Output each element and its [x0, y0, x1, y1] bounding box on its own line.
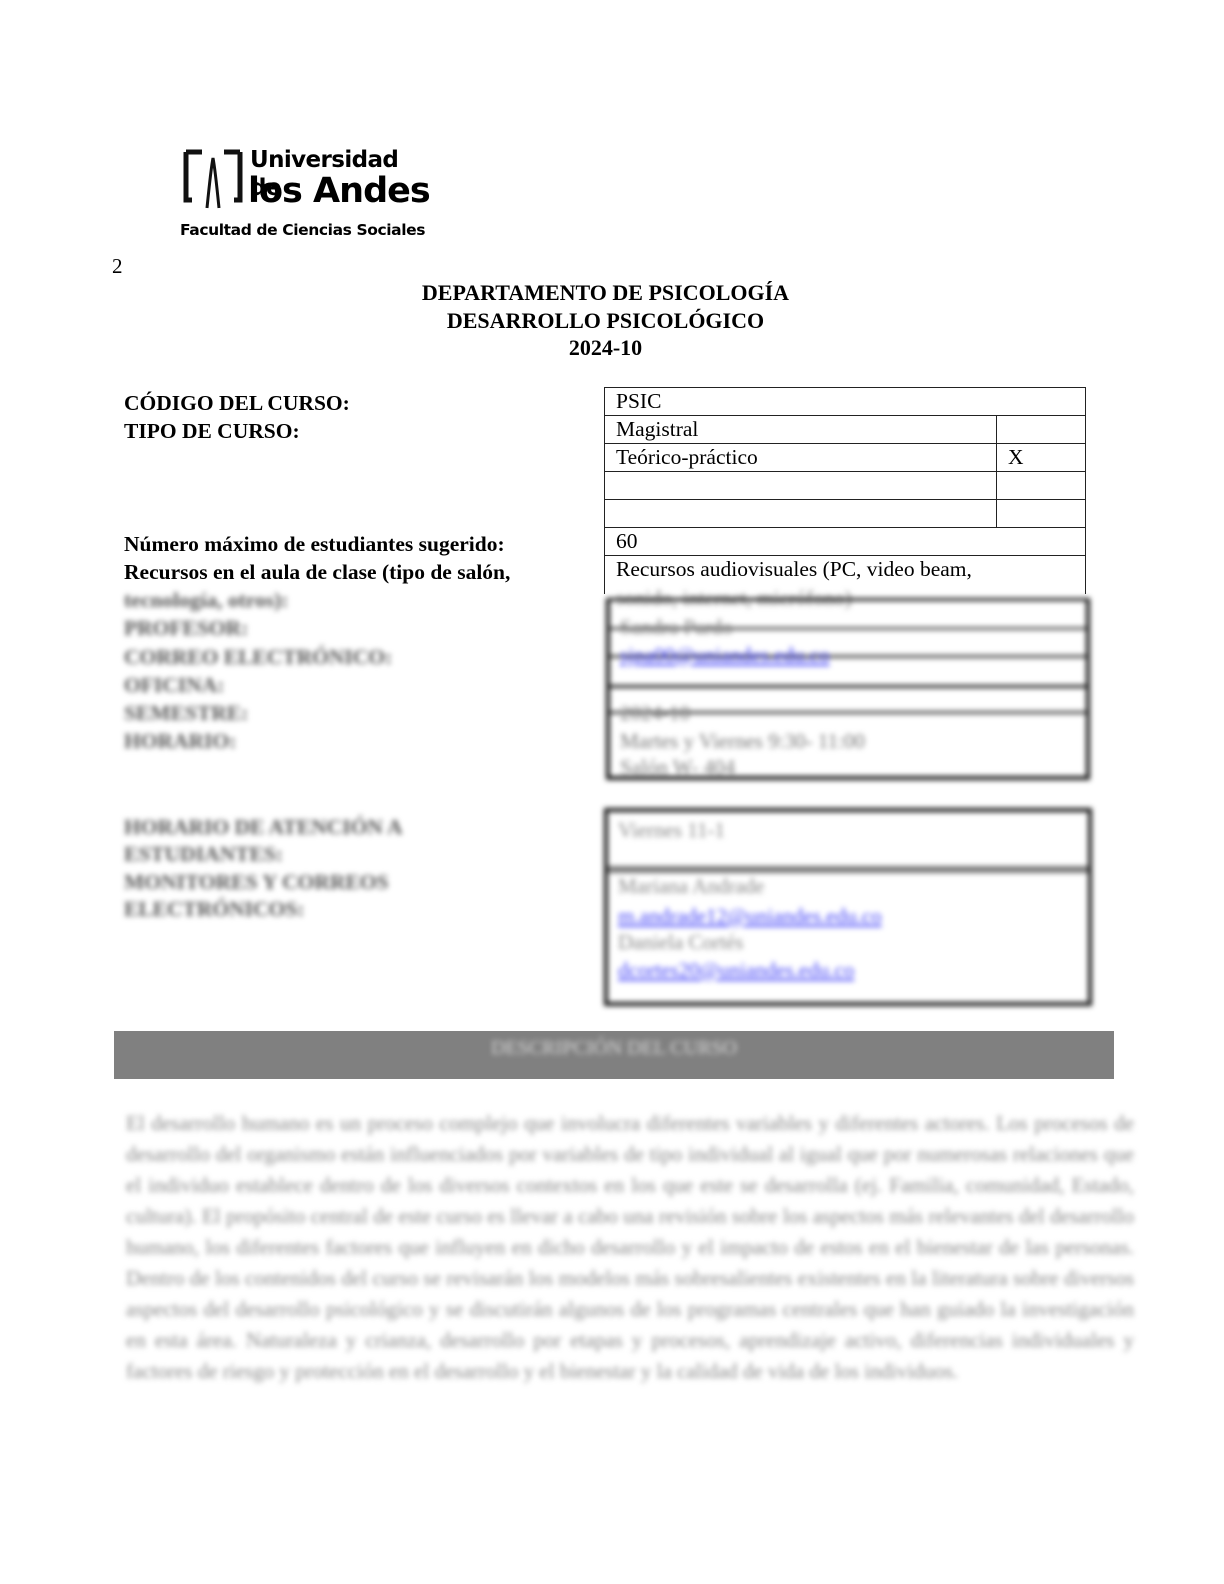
- course-code-value: PSIC: [605, 388, 1086, 416]
- section-title: DESCRIPCIÓN DEL CURSO: [114, 1037, 1114, 1060]
- monitors-label: MONITORES Y CORREOS: [124, 868, 388, 896]
- professor-label: PROFESOR:: [124, 614, 248, 642]
- office-label: OFICINA:: [124, 671, 224, 699]
- monitor-1-email-link[interactable]: m.andrade12@uniandes.edu.co: [618, 904, 882, 929]
- resources-label: Recursos en el aula de clase (tipo de sa…: [124, 558, 510, 586]
- professor-info-table: Sandra Pardo sjpa00@uniandes.edu.co 2024…: [606, 598, 1090, 780]
- type-option-mark: [997, 416, 1086, 444]
- term: 2024-10: [0, 334, 1211, 362]
- document-heading: DEPARTAMENTO DE PSICOLOGÍA DESARROLLO PS…: [0, 279, 1211, 362]
- department-title: DEPARTAMENTO DE PSICOLOGÍA: [0, 279, 1211, 307]
- monitor-2-name: Daniela Cortés: [618, 930, 743, 955]
- course-description: El desarrollo humano es un proceso compl…: [126, 1108, 1134, 1387]
- university-logo: Universidad de los Andes Facultad de Cie…: [180, 146, 430, 242]
- semester-label: SEMESTRE:: [124, 699, 248, 727]
- monitors-label-continued: ELECTRÓNICOS:: [124, 895, 304, 923]
- type-option-mark: [997, 500, 1086, 528]
- type-option-mark: X: [997, 444, 1086, 472]
- resources-label-continued: tecnología, otros):: [124, 586, 288, 614]
- type-option-mark: [997, 472, 1086, 500]
- monitor-2-email-link[interactable]: dcortes20@uniandes.edu.co: [618, 958, 854, 983]
- los-andes-emblem-icon: [182, 148, 244, 212]
- semester-value: 2024-10: [620, 701, 690, 726]
- section-header-description: DESCRIPCIÓN DEL CURSO: [114, 1031, 1114, 1079]
- attention-hours-value: Viernes 11-1: [618, 818, 725, 843]
- max-students-value: 60: [605, 528, 1086, 556]
- logo-line-2: los Andes: [248, 170, 430, 212]
- classroom-value: Salón W- 404: [620, 755, 735, 780]
- schedule-label: HORARIO:: [124, 727, 236, 755]
- course-code-label: CÓDIGO DEL CURSO:: [124, 389, 350, 417]
- professor-email-link[interactable]: sjpa00@uniandes.edu.co: [620, 643, 829, 668]
- schedule-value: Martes y Viernes 9:30- 11:00: [620, 729, 865, 754]
- attention-label-continued: ESTUDIANTES:: [124, 840, 283, 868]
- course-type-label: TIPO DE CURSO:: [124, 417, 300, 445]
- attention-monitors-table: Viernes 11-1 Mariana Andrade m.andrade12…: [604, 808, 1092, 1006]
- email-label: CORREO ELECTRÓNICO:: [124, 643, 392, 671]
- logo-faculty: Facultad de Ciencias Sociales: [180, 220, 425, 240]
- type-option-label: Teórico-práctico: [605, 444, 997, 472]
- max-students-label: Número máximo de estudiantes sugerido:: [124, 530, 505, 558]
- type-option-label: Magistral: [605, 416, 997, 444]
- type-option-label: [605, 500, 997, 528]
- page-number: 2: [112, 254, 123, 279]
- type-option-label: [605, 472, 997, 500]
- course-info-table: PSIC Magistral Teórico-práctico X 60 Rec…: [604, 387, 1086, 594]
- attention-label: HORARIO DE ATENCIÓN A: [124, 813, 403, 841]
- professor-name: Sandra Pardo: [620, 615, 733, 640]
- course-title: DESARROLLO PSICOLÓGICO: [0, 307, 1211, 335]
- monitor-1-name: Mariana Andrade: [618, 874, 764, 899]
